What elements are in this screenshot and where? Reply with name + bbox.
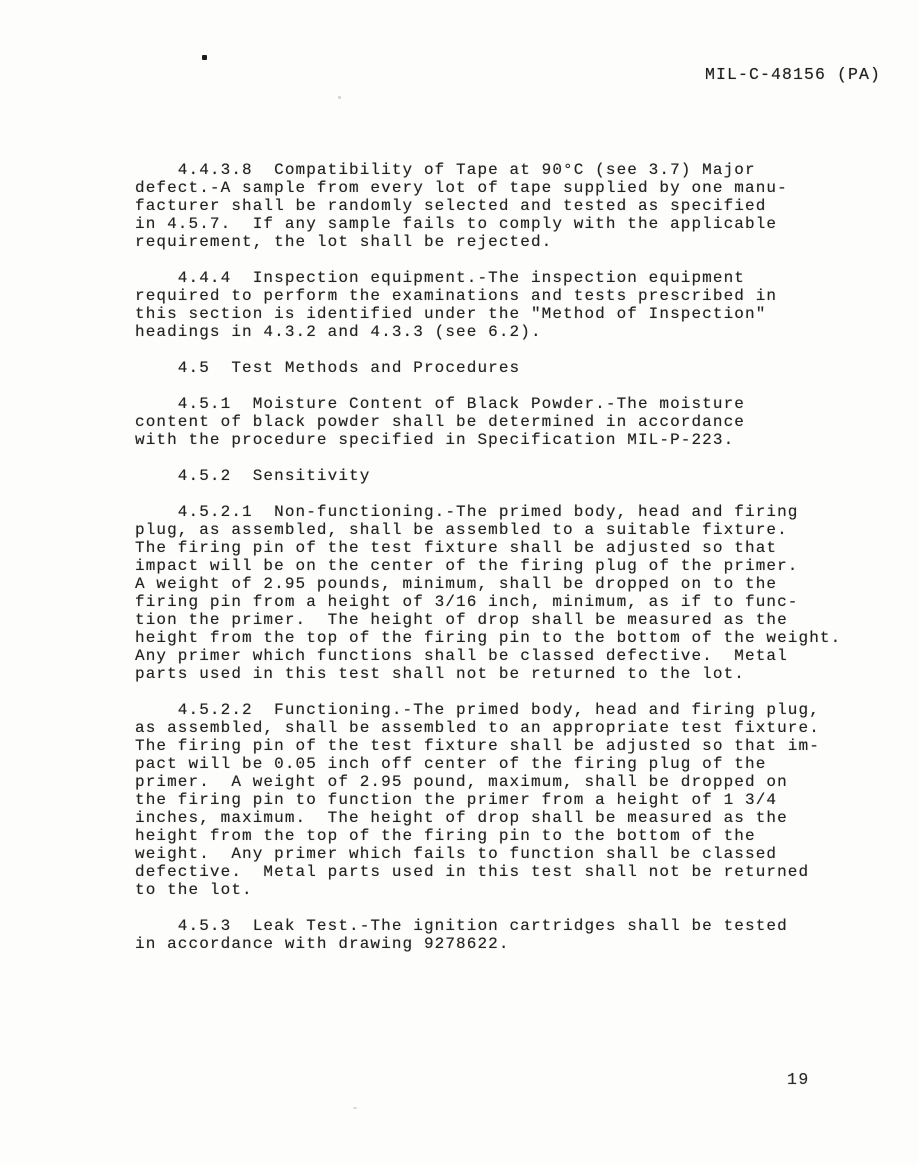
text-line: with the procedure specified in Specific… [135, 431, 875, 449]
text-line: The firing pin of the test fixture shall… [135, 539, 875, 557]
text-line: 4.5.2.1 Non-functioning.-The primed body… [135, 503, 875, 521]
text-line: headings in 4.3.2 and 4.3.3 (see 6.2). [135, 323, 875, 341]
paragraph-4-5-1: 4.5.1 Moisture Content of Black Powder.-… [135, 395, 875, 449]
scan-speck [202, 55, 207, 60]
text-line: required to perform the examinations and… [135, 287, 875, 305]
document-body: 4.4.3.8 Compatibility of Tape at 90°C (s… [135, 161, 875, 971]
text-line: plug, as assembled, shall be assembled t… [135, 521, 875, 539]
heading-4-5: 4.5 Test Methods and Procedures [135, 359, 875, 377]
text-line: tion the primer. The height of drop shal… [135, 611, 875, 629]
scan-artifact [353, 1107, 357, 1109]
text-line: in accordance with drawing 9278622. [135, 935, 875, 953]
text-line: requirement, the lot shall be rejected. [135, 233, 875, 251]
text-line: 4.5.2 Sensitivity [135, 467, 875, 485]
text-line: 4.5.2.2 Functioning.-The primed body, he… [135, 701, 875, 719]
text-line: as assembled, shall be assembled to an a… [135, 719, 875, 737]
text-line: weight. Any primer which fails to functi… [135, 845, 875, 863]
text-line: defective. Metal parts used in this test… [135, 863, 875, 881]
heading-4-5-2: 4.5.2 Sensitivity [135, 467, 875, 485]
paragraph-4-4-3-8: 4.4.3.8 Compatibility of Tape at 90°C (s… [135, 161, 875, 251]
text-line: impact will be on the center of the firi… [135, 557, 875, 575]
text-line: to the lot. [135, 881, 875, 899]
text-line: A weight of 2.95 pounds, minimum, shall … [135, 575, 875, 593]
document-page: MIL-C-48156 (PA) 4.4.3.8 Compatibility o… [0, 0, 918, 1164]
page-number: 19 [787, 1070, 810, 1089]
text-line: height from the top of the firing pin to… [135, 827, 875, 845]
text-line: 4.5 Test Methods and Procedures [135, 359, 875, 377]
text-line: firing pin from a height of 3/16 inch, m… [135, 593, 875, 611]
text-line: 4.5.3 Leak Test.-The ignition cartridges… [135, 917, 875, 935]
paragraph-4-4-4: 4.4.4 Inspection equipment.-The inspecti… [135, 269, 875, 341]
paragraph-4-5-2-1: 4.5.2.1 Non-functioning.-The primed body… [135, 503, 875, 683]
text-line: Any primer which functions shall be clas… [135, 647, 875, 665]
text-line: in 4.5.7. If any sample fails to comply … [135, 215, 875, 233]
text-line: pact will be 0.05 inch off center of the… [135, 755, 875, 773]
text-line: this section is identified under the "Me… [135, 305, 875, 323]
text-line: 4.4.4 Inspection equipment.-The inspecti… [135, 269, 875, 287]
scan-artifact [338, 96, 341, 99]
text-line: facturer shall be randomly selected and … [135, 197, 875, 215]
text-line: height from the top of the firing pin to… [135, 629, 875, 647]
paragraph-4-5-2-2: 4.5.2.2 Functioning.-The primed body, he… [135, 701, 875, 899]
text-line: 4.5.1 Moisture Content of Black Powder.-… [135, 395, 875, 413]
text-line: the firing pin to function the primer fr… [135, 791, 875, 809]
text-line: content of black powder shall be determi… [135, 413, 875, 431]
text-line: The firing pin of the test fixture shall… [135, 737, 875, 755]
document-id-header: MIL-C-48156 (PA) [705, 64, 881, 86]
text-line: parts used in this test shall not be ret… [135, 665, 875, 683]
paragraph-4-5-3: 4.5.3 Leak Test.-The ignition cartridges… [135, 917, 875, 953]
text-line: defect.-A sample from every lot of tape … [135, 179, 875, 197]
text-line: inches, maximum. The height of drop shal… [135, 809, 875, 827]
text-line: 4.4.3.8 Compatibility of Tape at 90°C (s… [135, 161, 875, 179]
text-line: primer. A weight of 2.95 pound, maximum,… [135, 773, 875, 791]
